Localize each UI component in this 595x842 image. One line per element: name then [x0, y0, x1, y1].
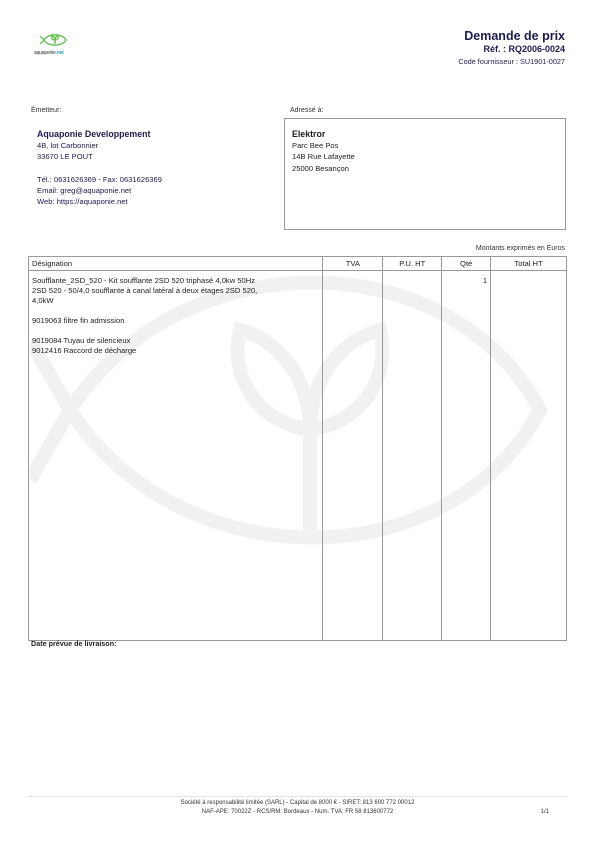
sender-address-line2: 33670 LE POUT — [37, 151, 162, 162]
column-header-total: Total HT — [491, 257, 567, 271]
cell-unit-price — [383, 271, 442, 641]
designation-line: 2SD 520 - 50/4,0 soufflante à canal laté… — [32, 286, 319, 296]
sender-phone-fax: Tél.: 0631626369 - Fax: 0631626369 — [37, 174, 162, 185]
designation-line: Soufflante_2SD_520 - Kit soufflante 2SD … — [32, 276, 319, 286]
footer-divider — [28, 796, 567, 797]
designation-line: 9019063 filtre fin admission — [32, 316, 319, 326]
designation-line — [32, 326, 319, 336]
designation-line: 9019084 Tuyau de silencieux — [32, 336, 319, 346]
fish-leaf-icon — [38, 32, 68, 48]
designation-line: 4,0kW — [32, 296, 319, 306]
designation-line: 9012416 Raccord de décharge — [32, 346, 319, 356]
company-logo: aquaponie.net — [28, 30, 88, 58]
cell-quantity: 1 — [442, 271, 491, 641]
sender-label: Émetteur: — [31, 107, 61, 114]
sender-name: Aquaponie Developpement — [37, 128, 162, 140]
footer-legal-line1: Société à responsabilité limitée (SARL) … — [0, 800, 595, 806]
table-row: Soufflante_2SD_520 - Kit soufflante 2SD … — [29, 271, 567, 641]
designation-line — [32, 306, 319, 316]
column-header-tva: TVA — [323, 257, 383, 271]
recipient-name: Elektror — [292, 128, 355, 140]
cell-total — [491, 271, 567, 641]
recipient-block: Elektror Parc Bee Pos 14B Rue Lafayette … — [292, 128, 355, 174]
column-header-unit-price: P.U. HT — [383, 257, 442, 271]
currency-note: Montants exprimés en Euros — [476, 245, 565, 252]
delivery-date-label: Date prévue de livraison: — [31, 639, 116, 648]
supplier-code: Code fournisseur : SU1901-0027 — [458, 57, 565, 66]
document-reference: Réf. : RQ2006-0024 — [483, 44, 565, 54]
column-header-designation: Désignation — [29, 257, 323, 271]
document-title: Demande de prix — [464, 29, 565, 43]
sender-web: Web: https://aquaponie.net — [37, 196, 162, 207]
recipient-address-line2: 14B Rue Lafayette — [292, 151, 355, 162]
items-table: Désignation TVA P.U. HT Qté Total HT Sou… — [28, 256, 567, 641]
cell-designation: Soufflante_2SD_520 - Kit soufflante 2SD … — [29, 271, 323, 641]
column-header-quantity: Qté — [442, 257, 491, 271]
recipient-address-line3: 25000 Besançon — [292, 163, 355, 174]
table-header-row: Désignation TVA P.U. HT Qté Total HT — [29, 257, 567, 271]
logo-wordmark: aquaponie.net — [34, 50, 64, 56]
footer-legal-line2: NAF-APE: 70022Z - RCS/RM: Bordeaux - Num… — [0, 809, 595, 815]
sender-email: Email: greg@aquaponie.net — [37, 185, 162, 196]
sender-address-line1: 4B, lot Carbonnier — [37, 140, 162, 151]
sender-block: Aquaponie Developpement 4B, lot Carbonni… — [37, 128, 162, 207]
cell-tva — [323, 271, 383, 641]
page-number: 1/1 — [541, 809, 549, 815]
recipient-label: Adressé à: — [290, 107, 323, 114]
recipient-address-line1: Parc Bee Pos — [292, 140, 355, 151]
